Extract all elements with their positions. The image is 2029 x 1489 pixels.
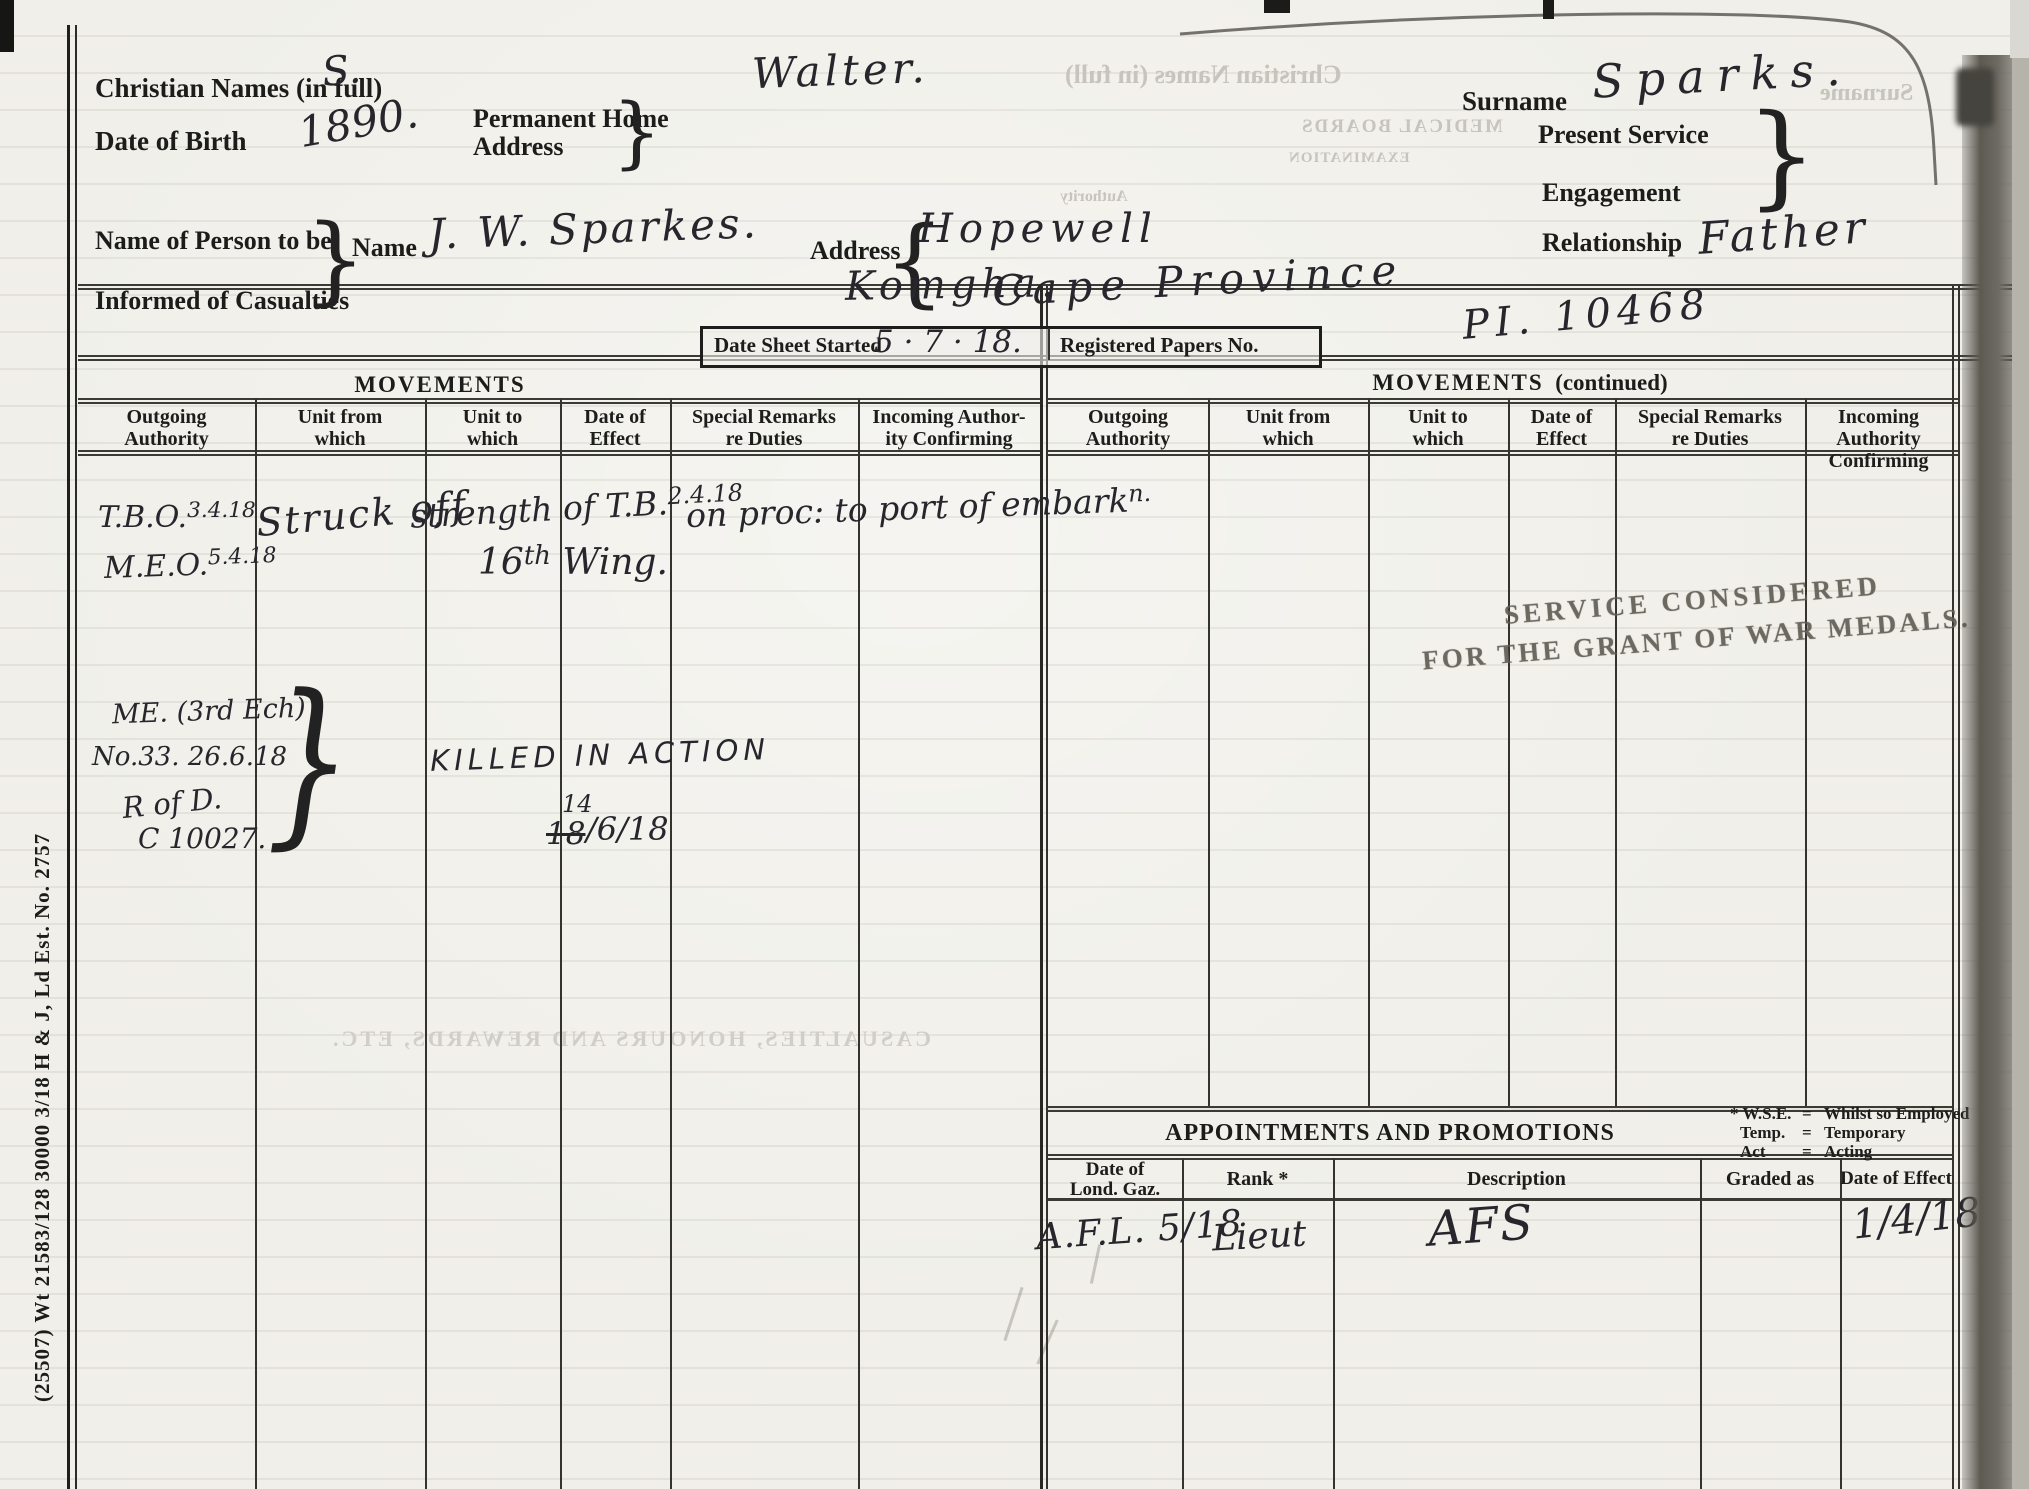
appointment-description-value: AFS: [1426, 1194, 1537, 1257]
movement2-authority-line3: R of D.: [120, 781, 223, 825]
movements-title-left: MOVEMENTS: [330, 372, 550, 398]
address-value-line2b: Cape Province: [991, 245, 1405, 316]
centre-divider-outer: [1040, 286, 1043, 1489]
service-record-sheet: (25507) Wt 21583/128 30000 3/18 H & J, L…: [0, 0, 2029, 1489]
registered-papers-label: Registered Papers No.: [1060, 333, 1259, 358]
corner-mark: [0, 0, 14, 52]
left-table-col-sep-2: [425, 398, 427, 1489]
legend-row-wse: * W.S.E.=Whilst so Employed: [1730, 1104, 1969, 1123]
left-col-incoming-authority: Incoming Author- ity Confirming: [858, 406, 1040, 450]
christian-names-initial-value: S.: [320, 46, 363, 96]
movement1-wing-ordinal: th: [524, 541, 551, 571]
surname-label: Surname: [1462, 86, 1567, 117]
appointment-rank-value: Lieut: [1211, 1214, 1307, 1260]
movement1-remarks-sup: n.: [1128, 479, 1152, 508]
right-table-col-sep-1: [1208, 398, 1210, 1107]
right-table-top-rule-b: [1048, 402, 1958, 404]
left-table-header-bottom-rule-a: [78, 450, 1040, 452]
present-service-label: Present Service: [1538, 120, 1709, 150]
right-table-col-sep-3: [1508, 398, 1510, 1107]
appointments-legend: * W.S.E.=Whilst so Employed Temp.=Tempor…: [1730, 1104, 1969, 1161]
name-value: J. W. Sparkes.: [427, 198, 759, 259]
right-table-top-rule-a: [1048, 398, 1958, 400]
appointments-title: APPOINTMENTS AND PROMOTIONS: [1150, 1120, 1630, 1147]
right-table-col-sep-5: [1805, 398, 1807, 1107]
left-table-top-rule-b: [78, 402, 1040, 404]
permanent-home-label-line2: Address: [473, 132, 564, 162]
movements-title-right: MOVEMENTS (continued): [1350, 370, 1690, 396]
movement2-date-rest: /6/18: [586, 810, 669, 848]
movement2-date-struck: 18: [546, 816, 585, 852]
appointments-col-lond-gaz: Date of Lond. Gaz.: [1048, 1160, 1182, 1200]
movement1-wing: 16th Wing.: [478, 542, 668, 583]
left-col-outgoing-authority: Outgoing Authority: [78, 406, 255, 450]
right-table-right-edge-a: [1952, 286, 1954, 1489]
appointments-col-sep-3: [1700, 1158, 1702, 1489]
movement1-outgoing-authority-line1: T.B.O.3.4.18: [98, 500, 256, 535]
page-fold-shadow: [1962, 55, 2014, 1489]
movement2-authority-line2: No.33. 26.6.18: [92, 742, 287, 772]
movement1-auth1-date: 3.4.18: [187, 498, 256, 523]
date-sheet-box-divider: [1048, 328, 1050, 360]
relationship-value: Father: [1696, 202, 1870, 265]
right-col-date-of-effect: Date of Effect: [1508, 406, 1615, 450]
left-table-col-sep-4: [670, 398, 672, 1489]
left-col-special-remarks: Special Remarks re Duties: [670, 406, 858, 450]
registered-papers-value: PI. 10468: [1460, 281, 1712, 349]
right-col-unit-from: Unit from which: [1208, 406, 1368, 450]
centre-divider-inner: [1046, 286, 1048, 1489]
right-table-col-sep-4: [1615, 398, 1617, 1107]
appointments-col-description: Description: [1333, 1168, 1700, 1190]
right-table-right-edge-b: [1958, 286, 1960, 1489]
person-informed-label-line1: Name of Person to be: [95, 226, 332, 256]
christian-names-value: Walter.: [751, 43, 929, 98]
relationship-label: Relationship: [1542, 228, 1682, 258]
adjacent-page-corner: [2010, 0, 2029, 58]
appointments-col-sep-2: [1333, 1158, 1335, 1489]
date-sheet-started-label: Date Sheet Started: [714, 333, 882, 358]
binding-line-inner: [75, 25, 77, 1489]
left-table-top-rule-a: [78, 398, 1040, 400]
legend-row-temp: Temp.=Temporary: [1730, 1123, 1969, 1142]
movement1-auth2-date: 5.4.18: [207, 543, 277, 570]
left-table-header-bottom-rule-b: [78, 454, 1040, 456]
binding-line-outer: [67, 25, 70, 1489]
address-value-line1: Hopewell: [918, 206, 1158, 252]
adjacent-page-strip: [2012, 0, 2029, 1489]
date-sheet-started-value: 5 · 7 · 18.: [874, 324, 1022, 360]
legend-row-act: Act=Acting: [1730, 1142, 1969, 1161]
right-col-incoming-authority: Incoming Authority Confirming: [1805, 406, 1952, 472]
engagement-label: Engagement: [1542, 178, 1681, 208]
page-fold-blob: [1956, 68, 1994, 126]
name-label: Name: [352, 233, 417, 263]
page-crease-line: [1150, 0, 2029, 190]
appointments-col-graded-as: Graded as: [1700, 1168, 1840, 1190]
bleedthrough-scribble-1: [1003, 1287, 1023, 1341]
top-edge-tick-1: [1264, 0, 1290, 13]
war-medals-stamp: SERVICE CONSIDERED FOR THE GRANT OF WAR …: [1418, 564, 1971, 677]
left-col-unit-to: Unit to which: [425, 406, 560, 450]
service-engagement-brace: }: [1746, 100, 1817, 212]
right-table-col-sep-2: [1368, 398, 1370, 1107]
left-col-unit-from: Unit from which: [255, 406, 425, 450]
permanent-home-brace: }: [612, 94, 662, 172]
top-edge-tick-2: [1543, 0, 1554, 19]
bleedthrough-casualties: CASUALTIES, HONOURS AND REWARDS, ETC.: [330, 1026, 931, 1052]
right-col-outgoing-authority: Outgoing Authority: [1048, 406, 1208, 450]
bleedthrough-authority: Authority: [1060, 188, 1128, 206]
left-col-date-of-effect: Date of Effect: [560, 406, 670, 450]
right-col-unit-to: Unit to which: [1368, 406, 1508, 450]
appointments-col-sep-4: [1840, 1158, 1842, 1489]
movement1-outgoing-authority-line2: M.E.O.5.4.18: [103, 545, 277, 586]
appointments-col-rank: Rank *: [1182, 1168, 1333, 1190]
movements-title-right-text: MOVEMENTS: [1372, 370, 1543, 395]
date-of-birth-label: Date of Birth: [95, 126, 246, 157]
printers-imprint: (25507) Wt 21583/128 30000 3/18 H & J, L…: [30, 833, 55, 1402]
right-col-special-remarks: Special Remarks re Duties: [1615, 406, 1805, 450]
movements-title-right-suffix: (continued): [1555, 370, 1667, 395]
appointments-col-date-of-effect: Date of Effect: [1840, 1168, 1952, 1190]
movement2-authority-line4: C 10027.: [138, 822, 266, 855]
movement1-remarks: on proc: to port of embarkn.: [685, 480, 1152, 535]
left-table-col-sep-5: [858, 398, 860, 1489]
movement2-killed-in-action: KILLED IN ACTION: [430, 732, 771, 778]
